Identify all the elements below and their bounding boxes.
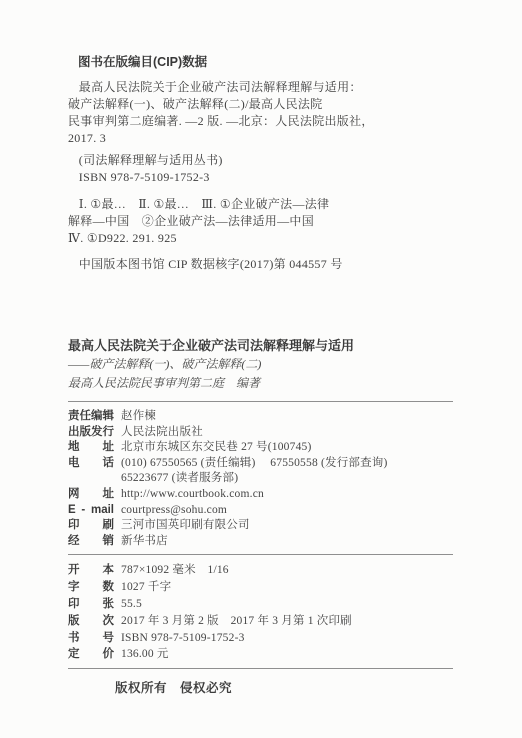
info-row-sheets: 印张55.5 bbox=[68, 596, 453, 613]
info-value: 北京市东城区东交民巷 27 号(100745) bbox=[121, 440, 312, 456]
divider bbox=[68, 668, 453, 669]
info-value: 1027 千字 bbox=[121, 579, 171, 596]
cip-registry-number: 中国版本图书馆 CIP 数据核字(2017)第 044557 号 bbox=[68, 256, 453, 273]
info-row-publisher: 出版发行人民法院出版社 bbox=[68, 425, 453, 441]
classification-line: Ⅰ. ①最… Ⅱ. ①最… Ⅲ. ①企业破产法—法律 bbox=[68, 196, 453, 213]
info-value: 65223677 (读者服务部) bbox=[121, 471, 238, 487]
info-label: 责任编辑 bbox=[68, 409, 114, 425]
info-row-address: 地址北京市东城区东交民巷 27 号(100745) bbox=[68, 440, 453, 456]
info-label: 版次 bbox=[68, 613, 114, 630]
divider bbox=[68, 554, 453, 555]
info-label: 出版发行 bbox=[68, 425, 114, 441]
title-block: 最高人民法院关于企业破产法司法解释理解与适用 ——破产法解释(一)、破产法解释(… bbox=[68, 336, 453, 392]
info-row-editor: 责任编辑赵作楝 bbox=[68, 409, 453, 425]
info-value: 136.00 元 bbox=[121, 646, 169, 663]
cip-record-line: 民事审判第二庭编著. —2 版. —北京：人民法院出版社， bbox=[68, 113, 453, 130]
cip-record-line: 破产法解释(一)、破产法解释(二)/最高人民法院 bbox=[68, 96, 453, 113]
info-value: 787×1092 毫米 1/16 bbox=[121, 562, 229, 579]
info-row-printer: 印刷三河市国英印刷有限公司 bbox=[68, 518, 453, 534]
cip-block: 图书在版编目(CIP)数据 最高人民法院关于企业破产法司法解释理解与适用： 破产… bbox=[68, 54, 453, 273]
cip-heading: 图书在版编目(CIP)数据 bbox=[68, 54, 453, 71]
book-author: 最高人民法院民事审判第二庭 编著 bbox=[68, 374, 453, 393]
info-value: ISBN 978-7-5109-1752-3 bbox=[121, 630, 245, 647]
info-label: 印张 bbox=[68, 596, 114, 613]
info-value: 55.5 bbox=[121, 596, 142, 613]
classification-line: Ⅳ. ①D922. 291. 925 bbox=[68, 230, 453, 247]
info-row-email: E - mailcourtpress@sohu.com bbox=[68, 503, 453, 519]
info-value: 人民法院出版社 bbox=[121, 425, 203, 441]
series-note: (司法解释理解与适用丛书) bbox=[68, 152, 453, 169]
copyright-notice: 版权所有 侵权必究 bbox=[115, 678, 453, 696]
info-row-phone-cont: 65223677 (读者服务部) bbox=[68, 471, 453, 487]
info-row-phone: 电话(010) 67550565 (责任编辑) 67550558 (发行部查询) bbox=[68, 456, 453, 472]
printing-info: 开本787×1092 毫米 1/16 字数1027 千字 印张55.5 版次20… bbox=[68, 562, 453, 663]
cip-record-line: 最高人民法院关于企业破产法司法解释理解与适用： bbox=[68, 79, 453, 96]
info-row-wordcount: 字数1027 千字 bbox=[68, 579, 453, 596]
info-label: 印刷 bbox=[68, 518, 114, 534]
info-row-distributor: 经销新华书店 bbox=[68, 534, 453, 550]
info-label: 开本 bbox=[68, 562, 114, 579]
info-value: 三河市国英印刷有限公司 bbox=[121, 518, 250, 534]
publication-info: 责任编辑赵作楝 出版发行人民法院出版社 地址北京市东城区东交民巷 27 号(10… bbox=[68, 409, 453, 549]
divider bbox=[68, 401, 453, 402]
info-row-format: 开本787×1092 毫米 1/16 bbox=[68, 562, 453, 579]
info-row-price: 定价136.00 元 bbox=[68, 646, 453, 663]
book-subtitle: ——破产法解释(一)、破产法解释(二) bbox=[68, 355, 453, 374]
info-value: 2017 年 3 月第 2 版 2017 年 3 月第 1 次印刷 bbox=[121, 613, 352, 630]
info-label: 定价 bbox=[68, 646, 114, 663]
info-label: 网址 bbox=[68, 487, 114, 503]
info-value: (010) 67550565 (责任编辑) 67550558 (发行部查询) bbox=[121, 456, 388, 472]
info-value: 新华书店 bbox=[121, 534, 168, 550]
info-label: 书号 bbox=[68, 630, 114, 647]
info-label: 经销 bbox=[68, 534, 114, 550]
info-label: 地址 bbox=[68, 440, 114, 456]
cip-record-line: 2017. 3 bbox=[68, 130, 453, 147]
cip-classification: Ⅰ. ①最… Ⅱ. ①最… Ⅲ. ①企业破产法—法律 解释—中国 ②企业破产法—… bbox=[68, 196, 453, 247]
info-row-website: 网址http://www.courtbook.com.cn bbox=[68, 487, 453, 503]
info-row-edition: 版次2017 年 3 月第 2 版 2017 年 3 月第 1 次印刷 bbox=[68, 613, 453, 630]
info-label: E - mail bbox=[68, 503, 114, 519]
info-label: 电话 bbox=[68, 456, 114, 472]
info-label: 字数 bbox=[68, 579, 114, 596]
info-value: 赵作楝 bbox=[121, 409, 156, 425]
copyright-page: 图书在版编目(CIP)数据 最高人民法院关于企业破产法司法解释理解与适用： 破产… bbox=[0, 0, 522, 738]
isbn-line: ISBN 978-7-5109-1752-3 bbox=[68, 169, 453, 186]
info-row-isbn: 书号ISBN 978-7-5109-1752-3 bbox=[68, 630, 453, 647]
email-address: courtpress@sohu.com bbox=[121, 503, 227, 519]
classification-line: 解释—中国 ②企业破产法—法律适用—中国 bbox=[68, 213, 453, 230]
book-title: 最高人民法院关于企业破产法司法解释理解与适用 bbox=[68, 336, 453, 355]
website-url: http://www.courtbook.com.cn bbox=[121, 487, 264, 503]
